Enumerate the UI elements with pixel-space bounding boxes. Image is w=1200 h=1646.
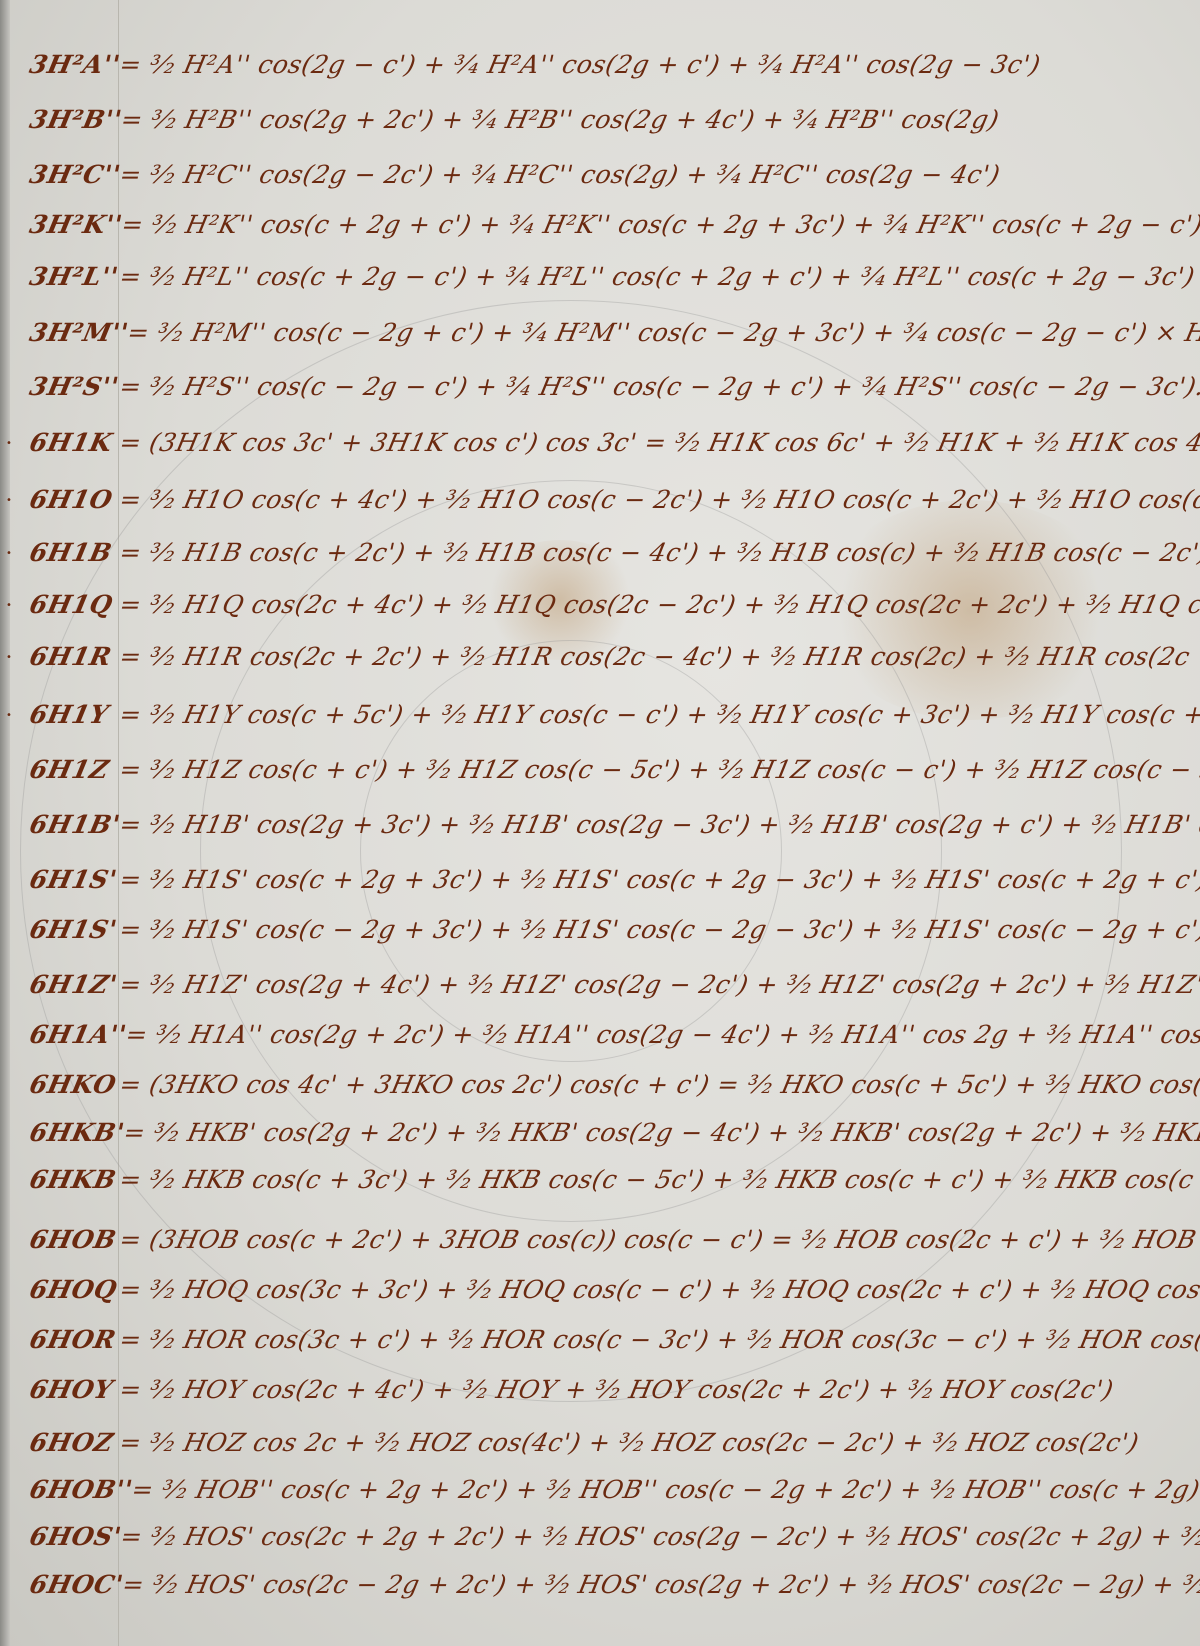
equation-line: 6H1S'= ³⁄₂ H1S' cos(c + 2g + 3c') + ³⁄₂ …	[27, 865, 1200, 894]
equation-lhs: 6H1O	[27, 485, 123, 514]
equation-rhs: = ³⁄₂ H1Z cos(c + c') + ³⁄₂ H1Z cos(c − …	[117, 755, 1200, 784]
equation-rhs: = ³⁄₂ H1R cos(2c + 2c') + ³⁄₂ H1R cos(2c…	[117, 642, 1200, 671]
equation-line: 6HOQ= ³⁄₂ HOQ cos(3c + 3c') + ³⁄₂ HOQ co…	[27, 1275, 1200, 1304]
equation-rhs: = ³⁄₂ H²K'' cos(c + 2g + c') + ³⁄₄ H²K''…	[119, 210, 1200, 239]
equation-rhs: = ³⁄₂ H1B' cos(2g + 3c') + ³⁄₂ H1B' cos(…	[117, 810, 1200, 839]
equation-line: 3H²M''= ³⁄₂ H²M'' cos(c − 2g + c') + ³⁄₄…	[27, 318, 1200, 347]
equation-line: 6HOY= ³⁄₂ HOY cos(2c + 4c') + ³⁄₂ HOY + …	[27, 1375, 1116, 1404]
margin-mark: •	[6, 652, 12, 663]
equation-line: 6HOZ= ³⁄₂ HOZ cos 2c + ³⁄₂ HOZ cos(4c') …	[27, 1428, 1142, 1457]
equation-line: 6H1S'= ³⁄₂ H1S' cos(c − 2g + 3c') + ³⁄₂ …	[27, 915, 1200, 944]
equation-lhs: 3H²A''	[27, 50, 123, 79]
equation-lhs: 6HOB''	[27, 1475, 135, 1504]
equation-lhs: 6HOB	[27, 1225, 123, 1254]
equation-lhs: 3H²B''	[27, 105, 125, 134]
equation-rhs: = (3H1K cos 3c' + 3H1K cos c') cos 3c' =…	[117, 428, 1200, 457]
equation-lhs: 6H1Z	[27, 755, 123, 784]
equation-line: 6HKB'= ³⁄₂ HKB' cos(2g + 2c') + ³⁄₂ HKB'…	[27, 1118, 1200, 1147]
manuscript-page: 3H²A''= ³⁄₂ H²A'' cos(2g − c') + ³⁄₄ H²A…	[0, 0, 1200, 1646]
equation-lhs: 6H1Y	[27, 700, 123, 729]
equation-lhs: 6HOY	[27, 1375, 123, 1404]
equation-rhs: = ³⁄₂ H1Z' cos(2g + 4c') + ³⁄₂ H1Z' cos(…	[117, 970, 1200, 999]
equation-lhs: 6HOQ	[27, 1275, 123, 1304]
equation-rhs: = ³⁄₂ H1A'' cos(2g + 2c') + ³⁄₂ H1A'' co…	[123, 1020, 1200, 1049]
equation-line: 6H1Z= ³⁄₂ H1Z cos(c + c') + ³⁄₂ H1Z cos(…	[27, 755, 1200, 784]
equation-line: 6HKO= (3HKO cos 4c' + 3HKO cos 2c') cos(…	[27, 1070, 1200, 1099]
equation-rhs: = ³⁄₂ HOZ cos 2c + ³⁄₂ HOZ cos(4c') + ³⁄…	[117, 1428, 1142, 1457]
equation-line: 6HOR= ³⁄₂ HOR cos(3c + c') + ³⁄₂ HOR cos…	[27, 1325, 1200, 1354]
equation-line: 6H1K= (3H1K cos 3c' + 3H1K cos c') cos 3…	[27, 428, 1200, 457]
equation-rhs: = ³⁄₂ H²B'' cos(2g + 2c') + ³⁄₄ H²B'' co…	[118, 105, 1002, 134]
equation-rhs: = ³⁄₂ HOY cos(2c + 4c') + ³⁄₂ HOY + ³⁄₂ …	[117, 1375, 1116, 1404]
margin-mark: •	[6, 548, 12, 559]
equation-lhs: 6H1Z'	[27, 970, 123, 999]
equation-line: 3H²B''= ³⁄₂ H²B'' cos(2g + 2c') + ³⁄₄ H²…	[27, 105, 1002, 134]
equation-lhs: 6HKB'	[27, 1118, 127, 1147]
equation-line: 6H1A''= ³⁄₂ H1A'' cos(2g + 2c') + ³⁄₂ H1…	[27, 1020, 1200, 1049]
equation-rhs: = ³⁄₂ HKB cos(c + 3c') + ³⁄₂ HKB cos(c −…	[117, 1165, 1200, 1194]
equation-line: 3H²L''= ³⁄₂ H²L'' cos(c + 2g − c') + ³⁄₄…	[27, 262, 1198, 291]
margin-mark: •	[6, 438, 12, 449]
equation-lhs: 6H1B'	[27, 810, 123, 839]
margin-mark: •	[6, 600, 12, 611]
margin-mark: •	[6, 495, 12, 506]
equation-rhs: = (3HKO cos 4c' + 3HKO cos 2c') cos(c + …	[117, 1070, 1200, 1099]
equation-lhs: 6H1S'	[27, 915, 123, 944]
equation-line: 3H²K''= ³⁄₂ H²K'' cos(c + 2g + c') + ³⁄₄…	[27, 210, 1200, 239]
equation-lhs: 6HOC'	[27, 1570, 126, 1599]
margin-mark: •	[6, 710, 12, 721]
equation-rhs: = ³⁄₂ H²S'' cos(c − 2g − c') + ³⁄₄ H²S''…	[117, 372, 1200, 401]
equation-line: 6H1B= ³⁄₂ H1B cos(c + 2c') + ³⁄₂ H1B cos…	[27, 538, 1200, 567]
equation-line: 6HOC'= ³⁄₂ HOS' cos(2c − 2g + 2c') + ³⁄₂…	[27, 1570, 1200, 1599]
equation-lhs: 3H²K''	[27, 210, 125, 239]
equation-line: 3H²S''= ³⁄₂ H²S'' cos(c − 2g − c') + ³⁄₄…	[27, 372, 1200, 401]
equation-lhs: 6HKB	[27, 1165, 123, 1194]
equation-rhs: = ³⁄₂ H²C'' cos(2g − 2c') + ³⁄₄ H²C'' co…	[117, 160, 1003, 189]
equation-lhs: 6H1R	[27, 642, 123, 671]
equation-lhs: 6H1A''	[27, 1020, 129, 1049]
equation-line: 6HKB= ³⁄₂ HKB cos(c + 3c') + ³⁄₂ HKB cos…	[27, 1165, 1200, 1194]
equation-rhs: = ³⁄₂ HOB'' cos(c + 2g + 2c') + ³⁄₂ HOB'…	[129, 1475, 1200, 1504]
equation-lhs: 3H²S''	[27, 372, 123, 401]
equation-rhs: = ³⁄₂ H1Q cos(2c + 4c') + ³⁄₂ H1Q cos(2c…	[117, 590, 1200, 619]
equation-line: 3H²A''= ³⁄₂ H²A'' cos(2g − c') + ³⁄₄ H²A…	[27, 50, 1043, 79]
equation-rhs: = ³⁄₂ H1S' cos(c + 2g + 3c') + ³⁄₂ H1S' …	[117, 865, 1200, 894]
equation-lhs: 3H²L''	[27, 262, 123, 291]
equation-line: 6HOS'= ³⁄₂ HOS' cos(2c + 2g + 2c') + ³⁄₂…	[27, 1522, 1200, 1551]
equation-rhs: = ³⁄₂ HOQ cos(3c + 3c') + ³⁄₂ HOQ cos(c …	[117, 1275, 1200, 1304]
equation-rhs: = (3HOB cos(c + 2c') + 3HOB cos(c)) cos(…	[117, 1225, 1200, 1254]
equation-line: 6H1O= ³⁄₂ H1O cos(c + 4c') + ³⁄₂ H1O cos…	[27, 485, 1200, 514]
equation-rhs: = ³⁄₂ H²M'' cos(c − 2g + c') + ³⁄₄ H²M''…	[125, 318, 1200, 347]
equation-line: 6HOB''= ³⁄₂ HOB'' cos(c + 2g + 2c') + ³⁄…	[27, 1475, 1200, 1504]
equation-line: 6H1Q= ³⁄₂ H1Q cos(2c + 4c') + ³⁄₂ H1Q co…	[27, 590, 1200, 619]
equation-lhs: 6HOZ	[27, 1428, 123, 1457]
equation-line: 3H²C''= ³⁄₂ H²C'' cos(2g − 2c') + ³⁄₄ H²…	[27, 160, 1003, 189]
equation-rhs: = ³⁄₂ HOR cos(3c + c') + ³⁄₂ HOR cos(c −…	[117, 1325, 1200, 1354]
equation-rhs: = ³⁄₂ H²A'' cos(2g − c') + ³⁄₄ H²A'' cos…	[117, 50, 1043, 79]
equation-lhs: 6H1Q	[27, 590, 123, 619]
equation-lhs: 6HKO	[27, 1070, 123, 1099]
equation-lhs: 6H1K	[27, 428, 123, 457]
equation-rhs: = ³⁄₂ HOS' cos(2c + 2g + 2c') + ³⁄₂ HOS'…	[118, 1522, 1200, 1551]
equation-rhs: = ³⁄₂ HKB' cos(2g + 2c') + ³⁄₂ HKB' cos(…	[121, 1118, 1200, 1147]
equation-rhs: = ³⁄₂ H1B cos(c + 2c') + ³⁄₂ H1B cos(c −…	[117, 538, 1200, 567]
equation-lhs: 6HOS'	[27, 1522, 124, 1551]
equation-lhs: 3H²M''	[27, 318, 131, 347]
equation-lhs: 6H1S'	[27, 865, 123, 894]
equation-rhs: = ³⁄₂ H1O cos(c + 4c') + ³⁄₂ H1O cos(c −…	[117, 485, 1200, 514]
equation-rhs: = ³⁄₂ H1Y cos(c + 5c') + ³⁄₂ H1Y cos(c −…	[117, 700, 1200, 729]
equation-line: 6HOB= (3HOB cos(c + 2c') + 3HOB cos(c)) …	[27, 1225, 1200, 1254]
equation-rhs: = ³⁄₂ HOS' cos(2c − 2g + 2c') + ³⁄₂ HOS'…	[120, 1570, 1200, 1599]
equation-line: 6H1Y= ³⁄₂ H1Y cos(c + 5c') + ³⁄₂ H1Y cos…	[27, 700, 1200, 729]
page-edge	[0, 0, 10, 1646]
equation-line: 6H1R= ³⁄₂ H1R cos(2c + 2c') + ³⁄₂ H1R co…	[27, 642, 1200, 671]
equation-rhs: = ³⁄₂ H²L'' cos(c + 2g − c') + ³⁄₄ H²L''…	[117, 262, 1198, 291]
equation-line: 6H1B'= ³⁄₂ H1B' cos(2g + 3c') + ³⁄₂ H1B'…	[27, 810, 1200, 839]
equation-lhs: 6HOR	[27, 1325, 123, 1354]
equation-line: 6H1Z'= ³⁄₂ H1Z' cos(2g + 4c') + ³⁄₂ H1Z'…	[27, 970, 1200, 999]
equation-lhs: 6H1B	[27, 538, 123, 567]
equation-lhs: 3H²C''	[27, 160, 123, 189]
equation-rhs: = ³⁄₂ H1S' cos(c − 2g + 3c') + ³⁄₂ H1S' …	[117, 915, 1200, 944]
